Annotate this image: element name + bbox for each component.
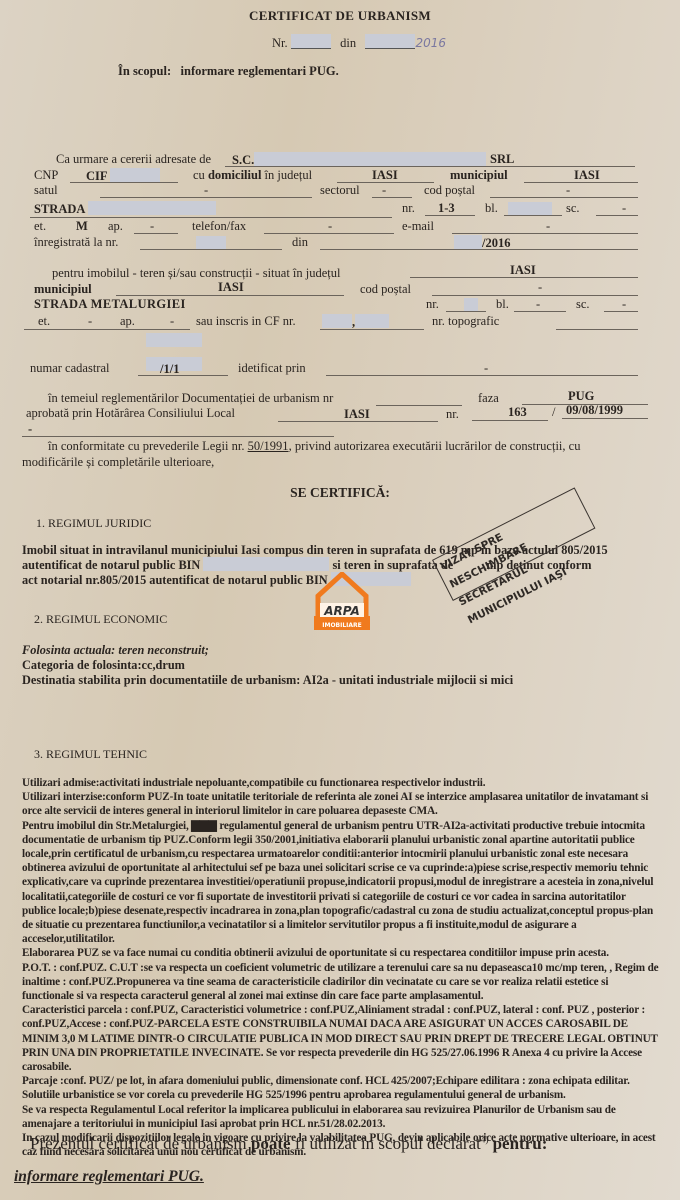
property-bl: - <box>536 297 540 312</box>
property-et: - <box>88 314 92 329</box>
domiciliu-label: cu domiciliul în județul <box>193 168 312 183</box>
hcl-date: 09/08/1999 <box>566 403 623 418</box>
redacted-registration <box>196 235 226 253</box>
nr-label: Nr. <box>272 36 288 50</box>
property-cod-postal-label: cod poștal <box>360 282 411 297</box>
tehnic-paragraph: Elaborarea PUZ se va face numai cu condi… <box>22 946 662 960</box>
economic-line-2: Categoria de folosinta:cc,drum <box>22 658 513 673</box>
cnp-label: CNP <box>34 168 58 183</box>
document-title: CERTIFICAT DE URBANISM <box>0 8 680 24</box>
ap-value: - <box>150 219 154 234</box>
faza-label: faza <box>478 391 499 406</box>
et-label: et. <box>34 219 46 234</box>
telefon-value: - <box>328 219 332 234</box>
economic-heading: 2. REGIMUL ECONOMIC <box>34 612 167 627</box>
sectorul-value: - <box>382 183 386 198</box>
property-municipiul-label: municipiul <box>34 282 92 297</box>
scope-line: În scopul: informare reglementari PUG. <box>118 64 339 79</box>
footer-statement: Prezentul certificat de urbanism poate f… <box>30 1134 547 1154</box>
ap-label: ap. <box>108 219 123 234</box>
tehnic-paragraph: P.O.T. : conf.PUZ. C.U.T :se va respecta… <box>22 961 662 1004</box>
lege-number: 50/1991 <box>248 439 289 453</box>
footer-purpose: informare reglementari PUG. <box>14 1168 204 1186</box>
inregistrata-label: înregistrată la nr. <box>34 235 118 250</box>
identificat-label: idetificat prin <box>238 361 306 376</box>
scope-value: informare reglementari PUG. <box>181 64 339 78</box>
cod-postal-value: - <box>566 183 570 198</box>
applicant-municipiul: IASI <box>574 168 600 183</box>
redacted-cif <box>110 168 160 182</box>
et-value: M <box>76 219 88 234</box>
property-ap-label: ap. <box>120 314 135 329</box>
property-intro: pentru imobilul - teren și/sau construcț… <box>52 266 341 281</box>
request-intro: Ca urmare a cererii adresate de <box>56 152 211 167</box>
cf-numbers: , <box>322 314 389 330</box>
certificate-number: Nr. din 2016 <box>272 34 446 51</box>
identificat-value: - <box>484 361 488 376</box>
property-bl-label: bl. <box>496 297 509 312</box>
redacted-property-nr <box>464 297 478 315</box>
handwritten-year: 2016 <box>415 36 446 50</box>
cod-postal-label: cod poștal <box>424 183 475 198</box>
nr-label: nr. <box>402 201 415 216</box>
municipiul-label: municipiul <box>450 168 508 183</box>
company-suffix: SRL <box>490 152 514 167</box>
juridic-heading: 1. REGIMUL JURIDIC <box>36 516 151 531</box>
satul-label: satul <box>34 183 58 198</box>
economic-line-1: Folosinta actuala: teren neconstruit; <box>22 643 513 658</box>
email-label: e-mail <box>402 219 434 234</box>
property-municipiul: IASI <box>218 280 244 295</box>
tehnic-body: Utilizari admise:activitati industriale … <box>22 776 662 1159</box>
property-street: STRADA METALURGIEI <box>34 297 186 312</box>
topo-label: nr. topografic <box>432 314 499 329</box>
tehnic-paragraph: Utilizari admise:activitati industriale … <box>22 776 662 790</box>
property-cod-postal: - <box>538 280 542 295</box>
redacted-date <box>365 34 415 49</box>
property-et-label: et. <box>38 314 50 329</box>
property-judet: IASI <box>510 263 536 278</box>
property-sc-label: sc. <box>576 297 590 312</box>
bl-label: bl. <box>485 201 498 216</box>
house-icon: ARPA IMOBILIARE <box>314 572 370 638</box>
tehnic-paragraph: Solutiile urbanistice se vor corela cu p… <box>22 1088 662 1102</box>
hcl-nr-label: nr. <box>446 407 459 422</box>
lege-line-2: modificările și completările ulterioare, <box>22 455 214 470</box>
sectorul-label: sectorul <box>320 183 360 198</box>
telefon-label: telefon/fax <box>192 219 246 234</box>
tehnic-heading: 3. REGIMUL TEHNIC <box>34 747 147 762</box>
temei-text: în temeiul reglementărilor Documentației… <box>48 391 333 406</box>
cf-label: sau inscris in CF nr. <box>196 314 296 329</box>
arpa-sub: IMOBILIARE <box>322 622 362 629</box>
applicant-judet: IASI <box>372 168 398 183</box>
consiliu-value: IASI <box>344 407 370 422</box>
property-ap: - <box>170 314 174 329</box>
property-sc: - <box>622 297 626 312</box>
nr-value: 1-3 <box>438 201 455 216</box>
property-nr-label: nr. <box>426 297 439 312</box>
strada-label: STRADA <box>34 201 216 217</box>
arpa-brand: ARPA <box>323 604 360 618</box>
email-value: - <box>546 219 550 234</box>
tehnic-paragraph: Pentru imobilul din Str.Metalurgiei, ▇▇▇… <box>22 819 662 947</box>
arpa-watermark-logo: ARPA IMOBILIARE <box>314 572 370 638</box>
hcl-nr: 163 <box>508 405 527 420</box>
redacted-street <box>88 201 216 215</box>
economic-body: Folosinta actuala: teren neconstruit; Ca… <box>22 643 513 688</box>
faza-value: PUG <box>568 389 594 404</box>
din-label-applicant: din <box>292 235 308 250</box>
scope-label: În scopul: <box>118 64 171 78</box>
cadastral-label: numar cadastral <box>30 361 109 376</box>
aprobata-text: aprobată prin Hotărârea Consiliului Loca… <box>26 406 235 421</box>
redacted-bl <box>508 201 552 219</box>
regulation-dash: - <box>28 422 32 437</box>
tehnic-paragraph: Parcaje :conf. PUZ/ pe lot, in afara dom… <box>22 1074 662 1088</box>
lege-line: în conformitate cu prevederile Legii nr.… <box>48 439 580 454</box>
redacted-number <box>291 34 331 49</box>
tehnic-paragraph: Se va respecta Regulamentul Local referi… <box>22 1103 662 1131</box>
sc-value: - <box>622 201 626 216</box>
tehnic-paragraph: Caracteristici parcela : conf.PUZ, Carac… <box>22 1003 662 1074</box>
hcl-slash: / <box>552 405 555 420</box>
satul-value: - <box>204 183 208 198</box>
sc-label: sc. <box>566 201 580 216</box>
economic-line-3: Destinatia stabilita prin documentatiile… <box>22 673 513 688</box>
redacted-company <box>254 152 486 166</box>
tehnic-paragraph: Utilizari interzise:conform PUZ-In toate… <box>22 790 662 818</box>
din-label: din <box>340 36 356 50</box>
